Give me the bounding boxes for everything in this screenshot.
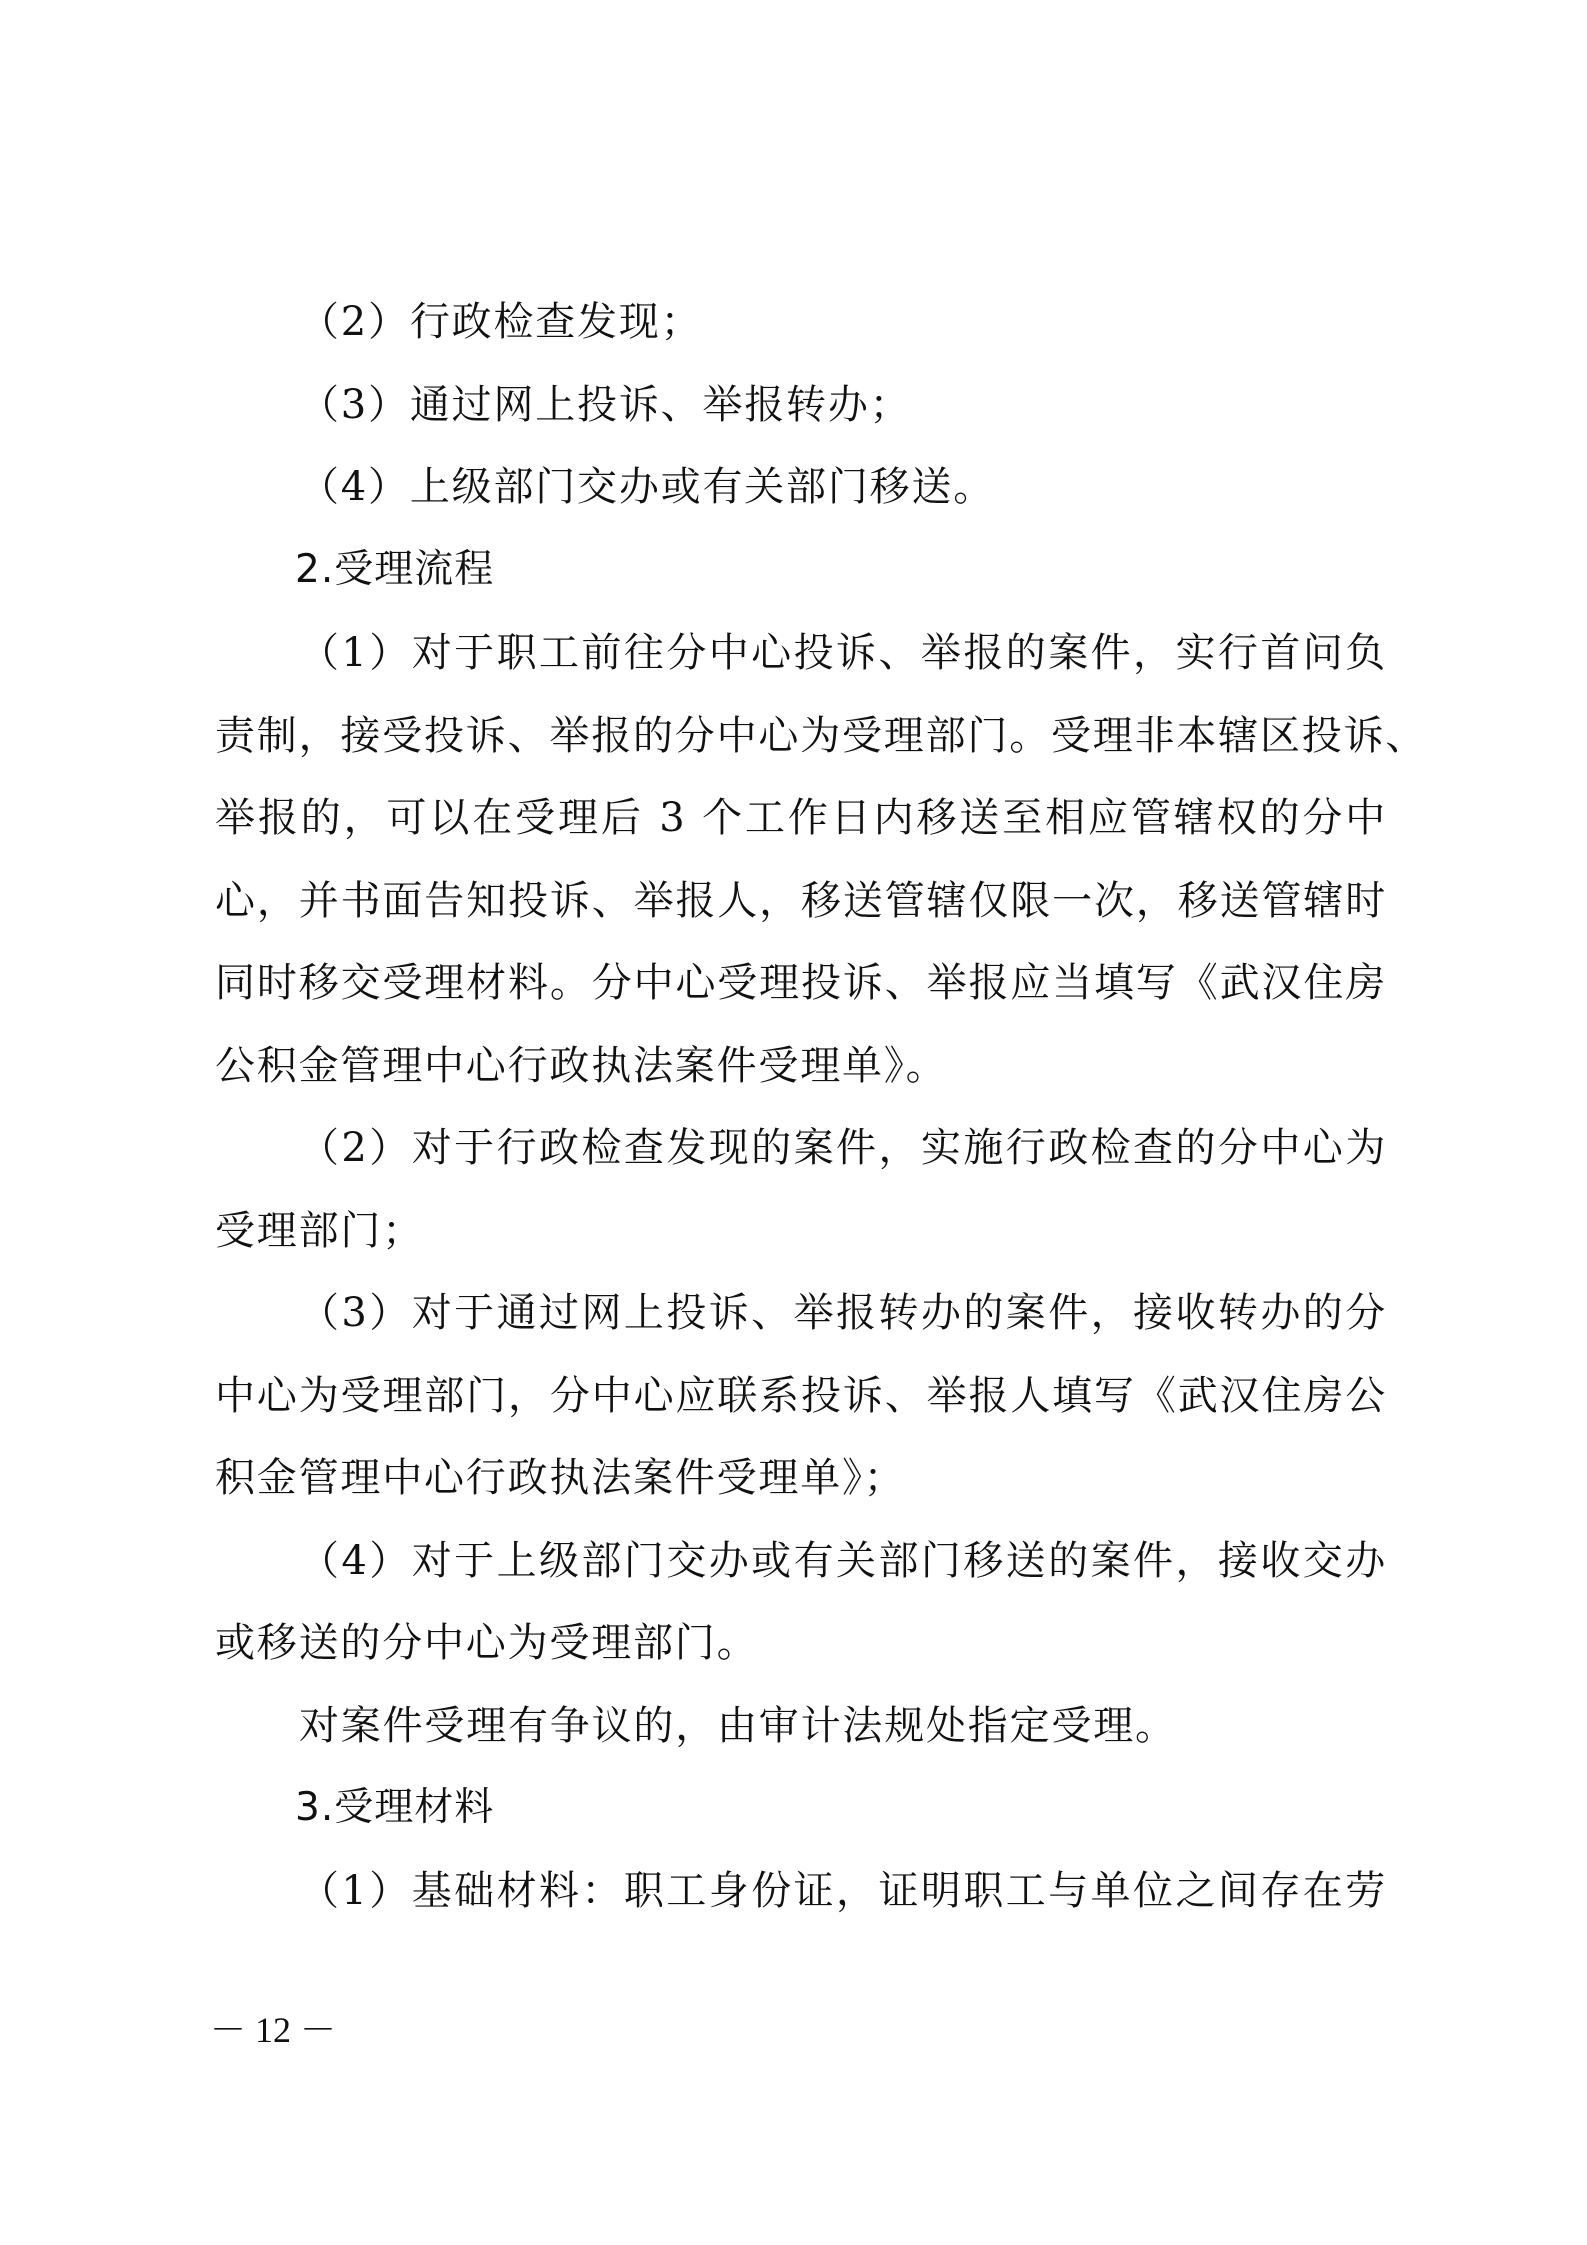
paragraph-line: 或移送的分中心为受理部门。 [215, 1613, 1387, 1673]
paragraph-line: 责制，接受投诉、举报的分中心为受理部门。受理非本辖区投诉、 [215, 706, 1387, 766]
paragraph-line: 心，并书面告知投诉、举报人，移送管辖仅限一次，移送管辖时 [215, 871, 1387, 931]
paragraph-line: （3）对于通过网上投诉、举报转办的案件，接收转办的分 [299, 1283, 1387, 1343]
paragraph-line: （1）基础材料：职工身份证，证明职工与单位之间存在劳 [299, 1861, 1387, 1921]
document-page: （2）行政检查发现； （3）通过网上投诉、举报转办； （4）上级部门交办或有关部… [0, 0, 1587, 2245]
section-heading-acceptance-process: 2.受理流程 [295, 540, 895, 600]
paragraph-line: 公积金管理中心行政执法案件受理单》。 [215, 1036, 1387, 1096]
paragraph-line: 举报的，可以在受理后 3 个工作日内移送至相应管辖权的分中 [215, 788, 1387, 848]
paragraph-line: （4）对于上级部门交办或有关部门移送的案件，接收交办 [299, 1531, 1387, 1591]
paragraph-line: （1）对于职工前往分中心投诉、举报的案件，实行首问负 [299, 623, 1387, 683]
list-item-source-3: （3）通过网上投诉、举报转办； [299, 375, 1387, 435]
paragraph-line: 受理部门； [215, 1201, 1387, 1261]
section-heading-acceptance-materials: 3.受理材料 [295, 1778, 895, 1838]
paragraph-line: 中心为受理部门，分中心应联系投诉、举报人填写《武汉住房公 [215, 1366, 1387, 1426]
list-item-source-4: （4）上级部门交办或有关部门移送。 [299, 457, 1387, 517]
page-number: － 12 － [210, 2005, 336, 2055]
paragraph-line: （2）对于行政检查发现的案件，实施行政检查的分中心为 [299, 1118, 1387, 1178]
paragraph-line: 同时移交受理材料。分中心受理投诉、举报应当填写《武汉住房 [215, 953, 1387, 1013]
paragraph-line: 积金管理中心行政执法案件受理单》； [215, 1448, 1387, 1508]
list-item-source-2: （2）行政检查发现； [299, 292, 1387, 352]
paragraph-line: 对案件受理有争议的，由审计法规处指定受理。 [299, 1696, 1387, 1756]
